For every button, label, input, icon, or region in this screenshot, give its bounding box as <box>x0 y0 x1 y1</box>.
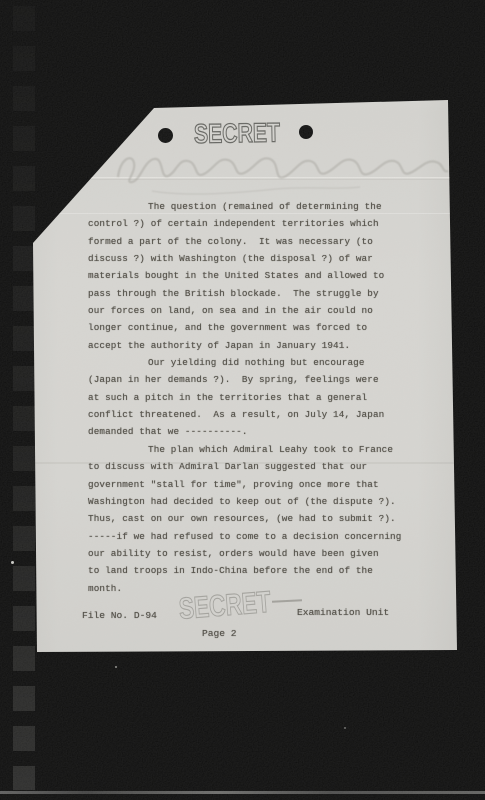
microfilm-scan: SECRET The question (remained of determi… <box>0 0 485 800</box>
typed-line: at such a pitch in the territories that … <box>88 389 418 406</box>
typed-line: Washington had decided to keep out of (t… <box>88 493 418 510</box>
handwritten-annotation <box>108 143 458 203</box>
typed-line: Our yielding did nothing but encourage <box>88 354 418 371</box>
typed-line: government "stall for time", proving onc… <box>88 476 418 493</box>
typed-line: The plan which Admiral Leahy took to Fra… <box>88 441 418 458</box>
examination-unit-label: Examination Unit <box>297 607 389 618</box>
dust-speck <box>344 727 346 729</box>
file-number: File No. D-94 <box>82 610 157 621</box>
typed-line: pass through the British blockade. The s… <box>88 285 418 302</box>
typed-line: -----if we had refused to come to a deci… <box>88 528 418 545</box>
hole-punch-icon <box>299 125 313 139</box>
secret-stamp-bottom: SECRET <box>177 583 289 628</box>
typed-line: discuss ?) with Washington (the disposal… <box>88 250 418 267</box>
secret-stamp-bottom-text: SECRET <box>178 586 272 626</box>
dust-speck <box>115 666 117 668</box>
page-number: Page 2 <box>202 628 237 639</box>
film-edge-line <box>0 791 485 794</box>
typed-line: conflict threatened. As a result, on Jul… <box>88 406 418 423</box>
typed-line: our ability to resist, orders would have… <box>88 545 418 562</box>
typed-line: materials bought in the United States an… <box>88 267 418 284</box>
typed-line: The question (remained of determining th… <box>88 198 418 215</box>
typed-line: formed a part of the colony. It was nece… <box>88 233 418 250</box>
typed-line: accept the authority of Japan in January… <box>88 337 418 354</box>
typed-line: demanded that we ----------. <box>88 423 418 440</box>
typed-line: longer continue, and the government was … <box>88 319 418 336</box>
film-density-strip <box>13 6 35 790</box>
dust-speck <box>11 561 14 564</box>
typed-line: Thus, cast on our own resources, (we had… <box>88 510 418 527</box>
typed-line: our forces on land, on sea and in the ai… <box>88 302 418 319</box>
typed-line: control ?) of certain independent territ… <box>88 215 418 232</box>
typed-line: to land troops in Indo-China before the … <box>88 562 418 579</box>
hole-punch-icon <box>158 128 173 143</box>
handwriting-stroke <box>118 158 448 182</box>
handwriting-flourish <box>152 187 360 194</box>
document-page: SECRET The question (remained of determi… <box>0 0 485 800</box>
typed-line: to discuss with Admiral Darlan suggested… <box>88 458 418 475</box>
typed-line: (Japan in her demands ?). By spring, fee… <box>88 371 418 388</box>
typed-body: The question (remained of determining th… <box>88 198 418 597</box>
